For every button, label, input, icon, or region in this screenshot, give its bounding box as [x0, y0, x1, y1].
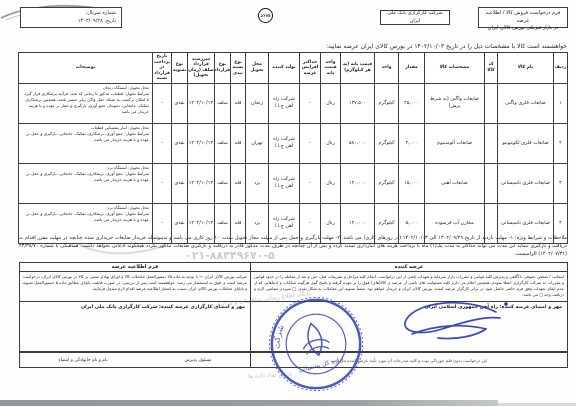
- column-header: نوع قرارداد: [215, 53, 231, 84]
- table-cell: شرکت راه آهن ج.ا.ا: [269, 163, 300, 203]
- table-cell: [485, 123, 498, 163]
- column-header: ردیف: [554, 53, 568, 84]
- table-row: ۳ضایعات فلزی تاسیساتیضایعات آهنی۱۵,۰۰۰کی…: [19, 163, 568, 203]
- supplier-signature-cell: مهر و امضای عرضه کننده: راه آهن جمهوری ا…: [250, 302, 567, 351]
- name-signature-label: نام و نام خانوادگی و امضاء: [59, 358, 108, 363]
- table-cell: ریال: [321, 163, 341, 203]
- supplier-signature-label: مهر و امضای عرضه کننده: راه آهن جمهوری ا…: [256, 305, 562, 310]
- table-cell: ریال: [321, 123, 341, 163]
- table-cell: کیلوگرم: [375, 123, 399, 163]
- serial-label: شماره سریال:: [26, 10, 116, 18]
- column-header: واحد قیمت پایه: [321, 53, 341, 84]
- table-cell: ۳: [554, 163, 568, 203]
- column-header: مقدار: [399, 53, 425, 84]
- table-row: ۱ضایعات فلزی واگنیضایعات واگنی (به شرط ب…: [19, 83, 568, 123]
- column-header: تاریخ پرداخت در قرارداد نسیه: [153, 53, 172, 84]
- table-cell: ضایعات آهنی: [425, 163, 485, 203]
- table-cell: محل تحویل: ایستگاه یزد شرایط تحویل: جمع …: [19, 163, 153, 203]
- table-cell: -: [153, 83, 172, 123]
- column-header: قیمت پایه (به هر کیلوگرم): [341, 53, 375, 84]
- table-body: ۱ضایعات فلزی واگنیضایعات واگنی (به شرط ب…: [19, 83, 568, 243]
- exchange-approval-text: شرکت بورس کالای ایران — با توجه به ماده …: [20, 272, 250, 293]
- table-cell: ۱۴۰۲/۱۰/۱۳: [188, 123, 215, 163]
- table-cell: سلف: [215, 83, 231, 123]
- table-cell: تهران: [246, 123, 269, 163]
- table-cell: ۱۳۷,۵۰۰: [341, 83, 375, 123]
- table-cell: زنجان: [246, 83, 269, 123]
- table-cell: یزد: [246, 163, 269, 203]
- footer-admission-cell: مسئول پذیرش نام و نام خانوادگی و امضاء: [20, 353, 250, 367]
- table-cell: ضایعات فلزی تاسیساتی: [498, 163, 554, 203]
- table-cell: شرکت راه آهن ج.ا.ا: [269, 83, 300, 123]
- table-cell: ۱: [554, 83, 568, 123]
- form-title-box: فرم درخواست فروش کالا / اطلاعیه عرضه در …: [478, 7, 568, 28]
- request-sentence: خواهشمند است کالا با مشخصات ذیل را در تا…: [9, 43, 567, 50]
- table-cell: -: [300, 83, 321, 123]
- footer-confirmation-cell: این درخواست بدون قلم خوردگی بوده و کلیه …: [250, 353, 567, 367]
- table-cell: محل تحویل: انبار پشتیبانی قطعات شرایط تح…: [19, 123, 153, 163]
- table-cell: نقدی: [172, 163, 188, 203]
- admission-officer-label: مسئول پذیرش: [185, 358, 212, 363]
- column-header: محل تحویل: [246, 53, 269, 84]
- table-cell: ضایعات واگنی (به شرط برش): [425, 83, 485, 123]
- table-cell: محل تحویل: ایستگاه زنجان شرایط تحویل: قط…: [19, 83, 153, 123]
- table-cell: ریال: [321, 83, 341, 123]
- table-cell: ضایعات فلزی لکوموتیو: [498, 123, 554, 163]
- footer-row: این درخواست بدون قلم خوردگی بوده و کلیه …: [19, 352, 568, 368]
- signature-section: مهر و امضای عرضه کننده: راه آهن جمهوری ا…: [19, 301, 568, 352]
- table-cell: کیلوگرم: [375, 163, 399, 203]
- table-cell: ۱۴۰۲/۱۰/۱۳: [188, 163, 215, 203]
- scan-edge-shadow-light: [498, 403, 576, 406]
- table-cell: سلف: [215, 163, 231, 203]
- column-header: حداکثر افزایش عرضه: [300, 53, 321, 84]
- form-title-line1: فرم درخواست فروش کالا / اطلاعیه عرضه: [482, 10, 564, 25]
- column-header: واحد: [375, 53, 399, 84]
- supplier-approval-text: اینجانب / شخص حقوقی با آگاهی و پذیرش کلی…: [251, 272, 567, 299]
- table-cell: [485, 83, 498, 123]
- column-header: سررسید قرارداد سلف (زمان تحویل): [188, 53, 215, 84]
- table-cell: ضایعات آلومینیوم: [425, 123, 485, 163]
- table-cell: شرکت راه آهن ج.ا.ا: [269, 123, 300, 163]
- table-cell: ۱۲۰,۰۰۰: [341, 163, 375, 203]
- table-cell: -: [153, 163, 172, 203]
- exchange-approval-header: فرم اطلاعیه عرضه: [20, 263, 250, 272]
- column-header: کد کالا: [485, 53, 498, 84]
- table-cell: نقدی: [172, 83, 188, 123]
- table-cell: ۱۴۰۲/۱۰/۱۳: [188, 83, 215, 123]
- footer-confirmation-text: این درخواست بدون قلم خوردگی بوده و کلیه …: [331, 358, 488, 363]
- approval-section: عرضه کننده اینجانب / شخص حقوقی با آگاهی …: [19, 262, 568, 302]
- table-cell: فله: [231, 83, 246, 123]
- table-cell: ۱۵,۰۰۰: [399, 163, 425, 203]
- table-cell: سلف: [215, 123, 231, 163]
- exchange-approval-cell: فرم اطلاعیه عرضه شرکت بورس کالای ایران —…: [20, 263, 250, 301]
- offerings-table: ردیف نام کالا کد کالا مشخصات کالا مقدار …: [18, 52, 568, 244]
- broker-name-box: شرکت کارگزاری بانک ملی ایران: [380, 10, 450, 25]
- broker-signature-cell: مهر و امضای کارگزاری عرضه کننده: شرکت کا…: [20, 302, 250, 351]
- table-cell: ۵۸۰,۰۰۰: [341, 123, 375, 163]
- table-cell: فله: [231, 163, 246, 203]
- table-cell: -: [153, 123, 172, 163]
- table-cell: ۴,۰۰۰: [399, 123, 425, 163]
- column-header: مشخصات کالا: [425, 53, 485, 84]
- supplier-approval-header: عرضه کننده: [251, 263, 567, 272]
- form-title-line2: در بازار فیزیکی بورس کالای ایران: [482, 25, 564, 33]
- table-cell: کیلوگرم: [375, 83, 399, 123]
- form-date: تاریخ: ۱۴۰۲/۰۹/۲۸: [26, 18, 116, 26]
- table-cell: ضایعات فلزی واگنی: [498, 83, 554, 123]
- special-conditions-notes: ملاحظات و شرایط ویژه: ۱- مهلت بازدید از …: [19, 235, 567, 258]
- column-header: نوع تسویه: [172, 53, 188, 84]
- broker-signature-label: مهر و امضای کارگزاری عرضه کننده: شرکت کا…: [25, 305, 245, 310]
- seal-number-text: 2795: [261, 14, 271, 18]
- table-row: ۲ضایعات فلزی لکوموتیوضایعات آلومینیوم۴,۰…: [19, 123, 568, 163]
- column-header: نوع بسته بندی: [231, 53, 246, 84]
- supplier-approval-cell: عرضه کننده اینجانب / شخص حقوقی با آگاهی …: [250, 263, 567, 301]
- column-header: تولید کننده: [269, 53, 300, 84]
- column-header: نام کالا: [498, 53, 554, 84]
- scanned-form-page: 0101 1001 10 1 0 ParsNamadData ۰۲۱-۸۸۳۴۹…: [0, 0, 576, 407]
- round-seal-number: 2795: [258, 8, 273, 23]
- table-cell: فله: [231, 123, 246, 163]
- broker-name-text: شرکت کارگزاری بانک ملی ایران: [384, 10, 446, 25]
- watermark-persian-text: پارس نماد داده ها: [248, 371, 293, 380]
- table-cell: نقدی: [172, 123, 188, 163]
- table-cell: ۲: [554, 123, 568, 163]
- table-header-row: ردیف نام کالا کد کالا مشخصات کالا مقدار …: [19, 53, 568, 84]
- table-cell: [485, 163, 498, 203]
- table-cell: ۲۵,۰۰۰: [399, 83, 425, 123]
- table-cell: -: [300, 163, 321, 203]
- column-header: توضیحات: [19, 53, 153, 84]
- table-cell: -: [300, 123, 321, 163]
- scan-edge-shadow: [0, 400, 498, 406]
- serial-date-box: شماره سریال: تاریخ: ۱۴۰۲/۰۹/۲۸: [20, 7, 122, 28]
